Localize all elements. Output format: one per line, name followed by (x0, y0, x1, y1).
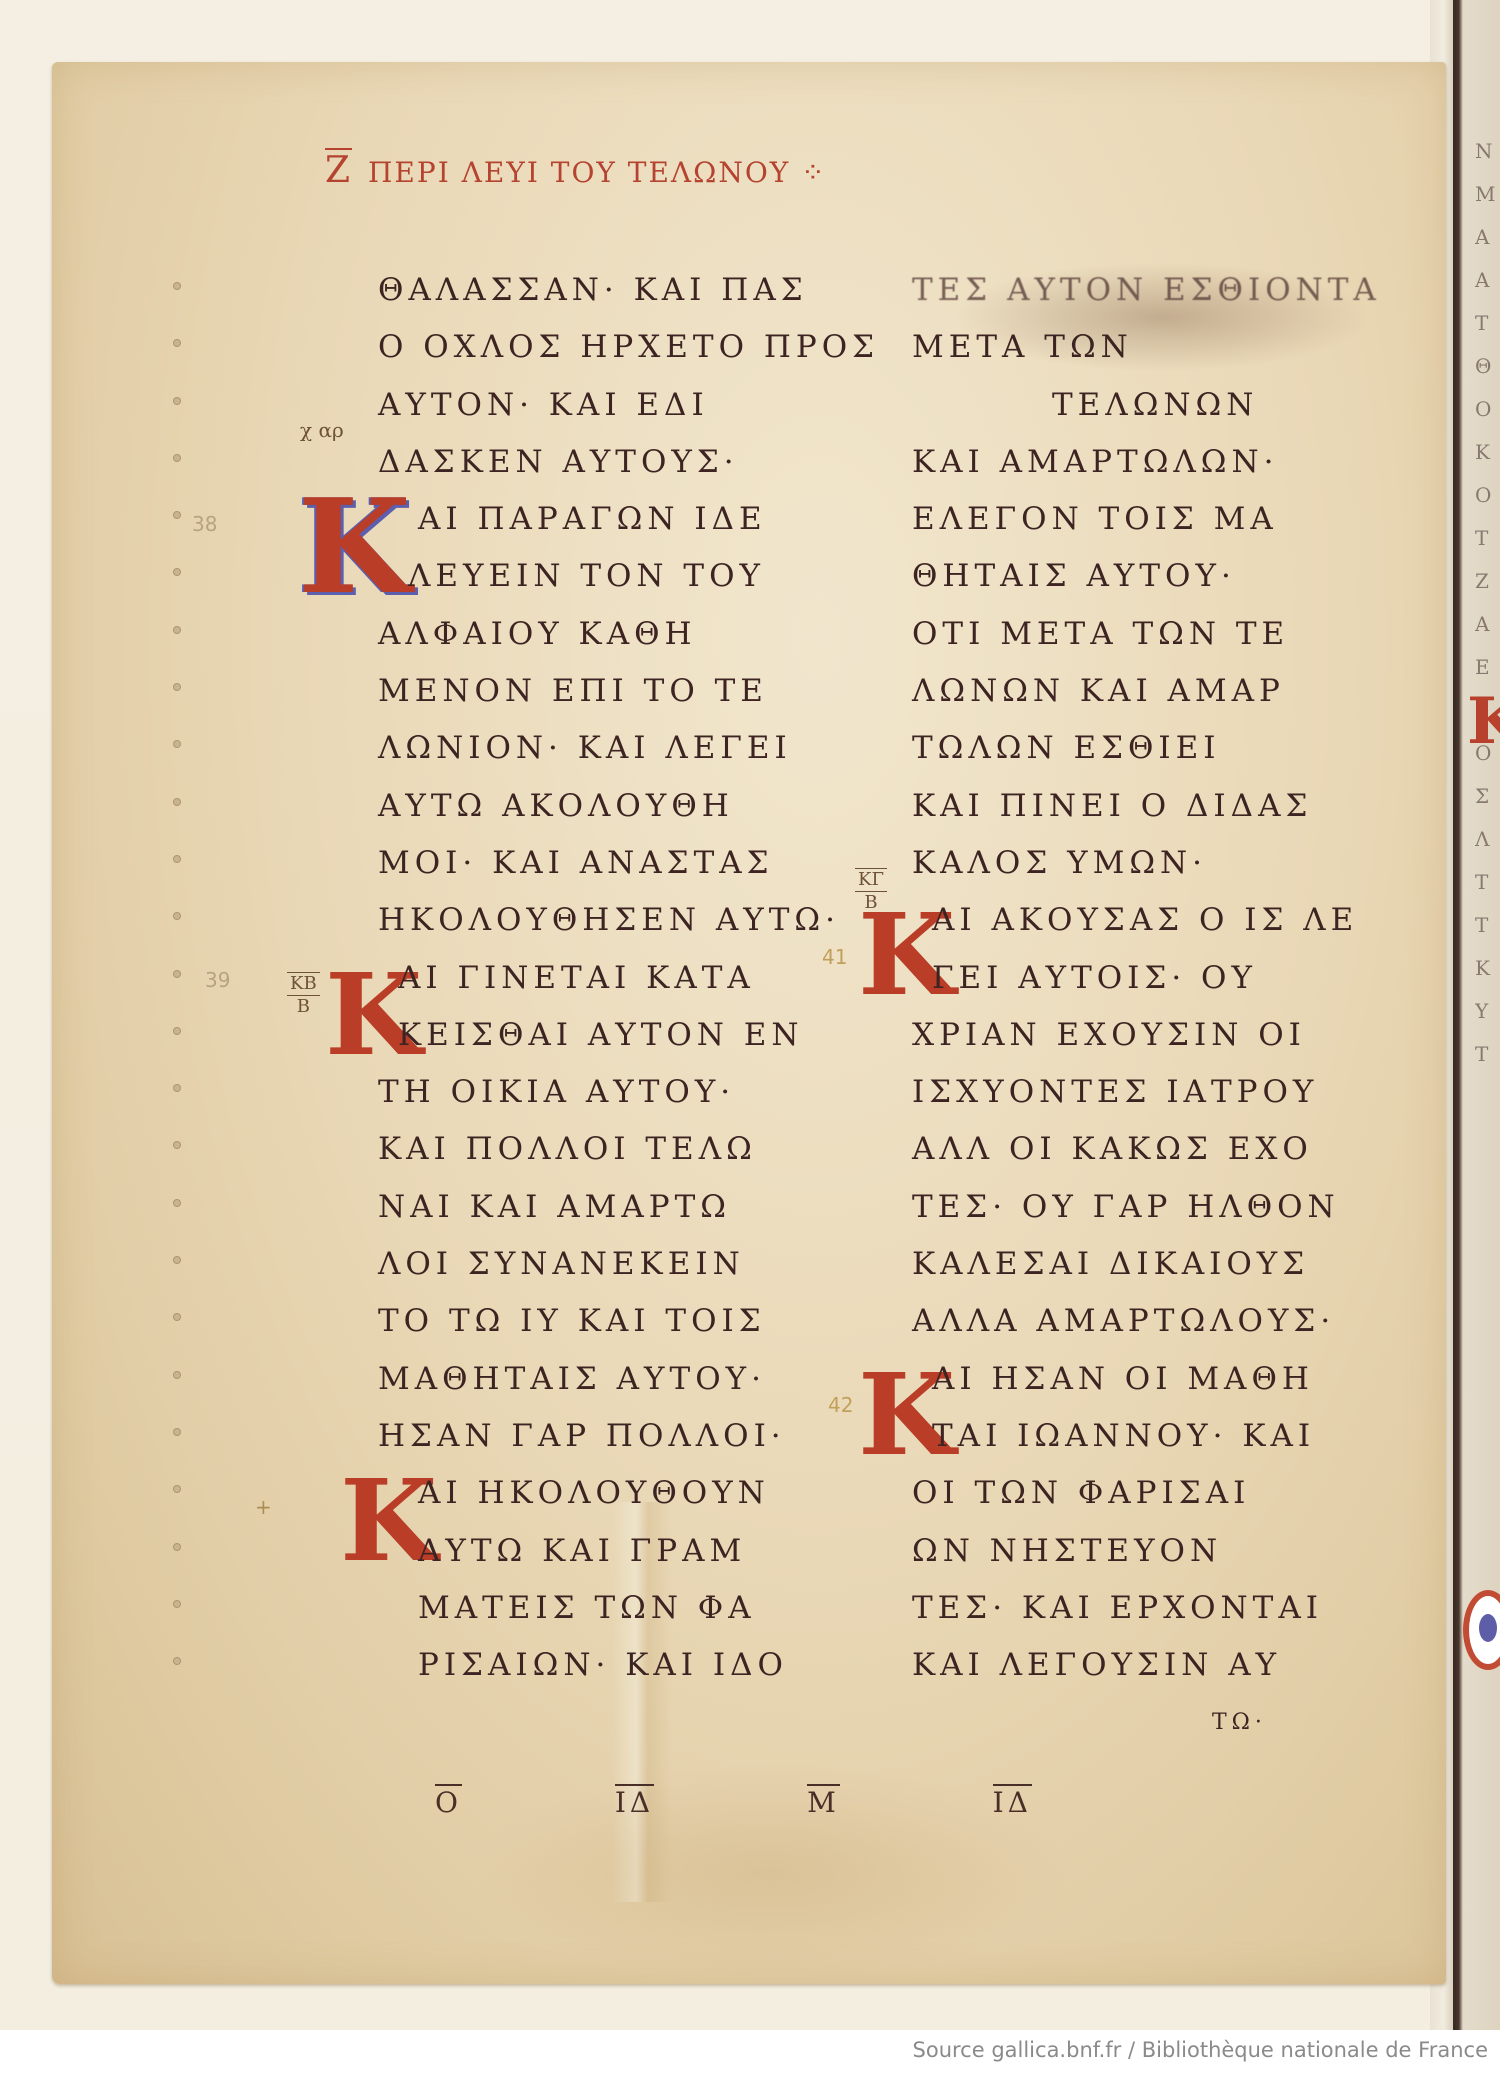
pricking-hole (174, 1372, 180, 1378)
text-line: ΩΝ ΝΗΣΤΕΥΟΝ (912, 1523, 1382, 1580)
text-line: ΟΙ ΤΩΝ ΦΑΡΙΣΑΙ (912, 1465, 1382, 1522)
text-line: ΓΕΙ ΑΥΤΟΙΣ· ΟΥ (912, 950, 1382, 1007)
text-column-left: ΘΑΛΑΣΣΑΝ· ΚΑΙ ΠΑΣ Ο ΟΧΛΟΣ ΗΡΧΕΤΟ ΠΡΟΣ ΑΥ… (378, 262, 848, 1694)
pricking-holes (174, 283, 180, 1715)
pricking-hole (174, 1658, 180, 1664)
text-line: ΤΟ ΤΩ ΙΥ ΚΑΙ ΤΟΙΣ (378, 1293, 848, 1350)
text-line: ΤΩ· (912, 1694, 1382, 1751)
text-line: ΑΙ ΠΑΡΑΓΩΝ ΙΔΕ (378, 491, 848, 548)
text-line: ΤΕΣ· ΟΥ ΓΑΡ ΗΛΘΟΝ (912, 1179, 1382, 1236)
canon-ref: Ο (435, 1786, 532, 1819)
text-line: ΕΛΕΓΟΝ ΤΟΙΣ ΜΑ (912, 491, 1382, 548)
pricking-hole (174, 1085, 180, 1091)
text-line: ΑΛΦΑΙΟΥ ΚΑΘΗ (378, 606, 848, 663)
text-line: ΤΕΣ· ΚΑΙ ΕΡΧΟΝΤΑΙ (912, 1580, 1382, 1637)
text-line: ΡΙΣΑΙΩΝ· ΚΑΙ ΙΔΟ (378, 1637, 848, 1694)
text-line: ΑΥΤΩ ΑΚΟΛΟΥΘΗ (378, 778, 848, 835)
text-line: ΝΑΙ ΚΑΙ ΑΜΑΡΤΩ (378, 1179, 848, 1236)
text-line: ΜΕΤΑ ΤΩΝ (912, 319, 1382, 376)
text-line: ΑΥΤΩ ΚΑΙ ΓΡΑΜ (378, 1523, 848, 1580)
text-line: ΑΥΤΟΝ· ΚΑΙ ΕΔΙ (378, 377, 848, 434)
section-number-left: ΚΒ Β (287, 972, 320, 1018)
pricking-hole (174, 512, 180, 518)
text-line: ΤΑΙ ΙΩΑΝΝΟΥ· ΚΑΙ (912, 1408, 1382, 1465)
text-line: ΛΩΝΩΝ ΚΑΙ ΑΜΑΡ (912, 663, 1382, 720)
pricking-hole (174, 398, 180, 404)
facing-leaf-initial: Κ (1467, 690, 1500, 754)
facing-leaf-text: Ν Μ Α Α Τ Θ Ο Κ Ο Τ Ζ Α Ε Ε Ο Σ Λ Τ Τ Κ … (1475, 130, 1500, 1076)
text-line: ΛΟΙ ΣΥΝΑΝΕΚΕΙΝ (378, 1236, 848, 1293)
canon-ref: ΙΔ (615, 1786, 724, 1819)
text-line: ΙΣΧΥΟΝΤΕΣ ΙΑΤΡΟΥ (912, 1064, 1382, 1121)
text-line: ΘΗΤΑΙΣ ΑΥΤΟΥ· (912, 548, 1382, 605)
pricking-hole (174, 1314, 180, 1320)
pricking-hole (174, 1257, 180, 1263)
text-line: ΜΑΘΗΤΑΙΣ ΑΥΤΟΥ· (378, 1351, 848, 1408)
source-credit: Source gallica.bnf.fr / Bibliothèque nat… (913, 2038, 1488, 2062)
text-line: ΜΕΝΟΝ ΕΠΙ ΤΟ ΤΕ (378, 663, 848, 720)
facing-leaf: Ν Μ Α Α Τ Θ Ο Κ Ο Τ Ζ Α Ε Ε Ο Σ Λ Τ Τ Κ … (1455, 0, 1500, 2030)
text-line: ΗΣΑΝ ΓΑΡ ΠΟΛΛΟΙ· (378, 1408, 848, 1465)
pricking-hole (174, 799, 180, 805)
pricking-hole (174, 971, 180, 977)
canon-ref: ΙΔ (993, 1786, 1102, 1819)
pricking-hole (174, 627, 180, 633)
pricking-hole (174, 1486, 180, 1492)
text-line: ΛΩΝΙΟΝ· ΚΑΙ ΛΕΓΕΙ (378, 720, 848, 777)
text-line: Ο ΟΧΛΟΣ ΗΡΧΕΤΟ ΠΡΟΣ (378, 319, 848, 376)
text-line: ΚΑΙ ΑΜΑΡΤΩΛΩΝ· (912, 434, 1382, 491)
canon-ref: Μ (807, 1786, 910, 1819)
pricking-hole (174, 283, 180, 289)
text-line: ΑΛΛ ΟΙ ΚΑΚΩΣ ΕΧΟ (912, 1121, 1382, 1178)
pricking-hole (174, 684, 180, 690)
pricking-hole (174, 1028, 180, 1034)
pricking-hole (174, 569, 180, 575)
pricking-hole (174, 1200, 180, 1206)
text-column-right: ΤΕΣ ΑΥΤΟΝ ΕΣΘΙΟΝΤΑ ΜΕΤΑ ΤΩΝ ΤΕΛΩΝΩΝ ΚΑΙ … (912, 262, 1382, 1752)
text-line: ΔΑΣΚΕΝ ΑΥΤΟΥΣ· (378, 434, 848, 491)
text-line: ΘΑΛΑΣΣΑΝ· ΚΑΙ ΠΑΣ (378, 262, 848, 319)
text-line: ΤΗ ΟΙΚΙΑ ΑΥΤΟΥ· (378, 1064, 848, 1121)
text-line: ΑΙ ΑΚΟΥΣΑΣ Ο ΙΣ ΛΕ (912, 892, 1382, 949)
text-line: ΑΛΛΑ ΑΜΑΡΤΩΛΟΥΣ· (912, 1293, 1382, 1350)
text-line: ΛΕΥΕΙΝ ΤΟΝ ΤΟΥ (378, 548, 848, 605)
text-line: ΤΩΛΩΝ ΕΣΘΙΕΙ (912, 720, 1382, 777)
credit-bar: Source gallica.bnf.fr / Bibliothèque nat… (0, 2030, 1500, 2075)
rubric-heading: ΖΠΕΡΙ ΛΕΥΙ ΤΟΥ ΤΕΛΩΝΟΥ ⁘ (325, 150, 827, 191)
lectionary-mark: χ αρ (300, 420, 344, 440)
text-line: ΑΙ ΗΣΑΝ ΟΙ ΜΑΘΗ (912, 1351, 1382, 1408)
pricking-hole (174, 340, 180, 346)
pricking-hole (174, 1544, 180, 1550)
pricking-hole (174, 741, 180, 747)
pencil-cross-mark: + (255, 1495, 272, 1519)
text-line: ΚΑΙ ΠΙΝΕΙ Ο ΔΙΔΑΣ (912, 778, 1382, 835)
canon-table-line: Ο ΙΔ Μ ΙΔ (435, 1786, 1172, 1819)
text-line: ΜΑΤΕΙΣ ΤΩΝ ΦΑ (378, 1580, 848, 1637)
pricking-hole (174, 913, 180, 919)
text-line: ΚΑΙ ΠΟΛΛΟΙ ΤΕΛΩ (378, 1121, 848, 1178)
text-line: ΤΕΣ ΑΥΤΟΝ ΕΣΘΙΟΝΤΑ (912, 262, 1382, 319)
chapter-number: Ζ (325, 148, 352, 191)
pricking-hole (174, 455, 180, 461)
text-line: ΚΑΛΟΣ ΥΜΩΝ· (912, 835, 1382, 892)
pencil-verse-39: 39 (205, 968, 230, 992)
text-line: ΚΑΛΕΣΑΙ ΔΙΚΑΙΟΥΣ (912, 1236, 1382, 1293)
text-line: ΤΕΛΩΝΩΝ (912, 377, 1382, 434)
rosette-ornament-icon (1463, 1590, 1500, 1670)
pricking-hole (174, 1429, 180, 1435)
text-line: ΧΡΙΑΝ ΕΧΟΥΣΙΝ ΟΙ (912, 1007, 1382, 1064)
text-line: ΑΙ ΗΚΟΛΟΥΘΟΥΝ (378, 1465, 848, 1522)
rubric-title: ΠΕΡΙ ΛΕΥΙ ΤΟΥ ΤΕΛΩΝΟΥ ⁘ (368, 156, 827, 189)
text-line: ΚΑΙ ΛΕΓΟΥΣΙΝ ΑΥ (912, 1637, 1382, 1694)
text-line: ΑΙ ΓΙΝΕΤΑΙ ΚΑΤΑ (378, 950, 848, 1007)
pricking-hole (174, 1142, 180, 1148)
text-line: ΚΕΙΣΘΑΙ ΑΥΤΟΝ ΕΝ (378, 1007, 848, 1064)
pricking-hole (174, 1601, 180, 1607)
pencil-verse-38: 38 (192, 512, 217, 536)
text-line: ΗΚΟΛΟΥΘΗΣΕΝ ΑΥΤΩ· (378, 892, 848, 949)
text-line: ΟΤΙ ΜΕΤΑ ΤΩΝ ΤΕ (912, 606, 1382, 663)
text-line: ΜΟΙ· ΚΑΙ ΑΝΑΣΤΑΣ (378, 835, 848, 892)
pricking-hole (174, 856, 180, 862)
